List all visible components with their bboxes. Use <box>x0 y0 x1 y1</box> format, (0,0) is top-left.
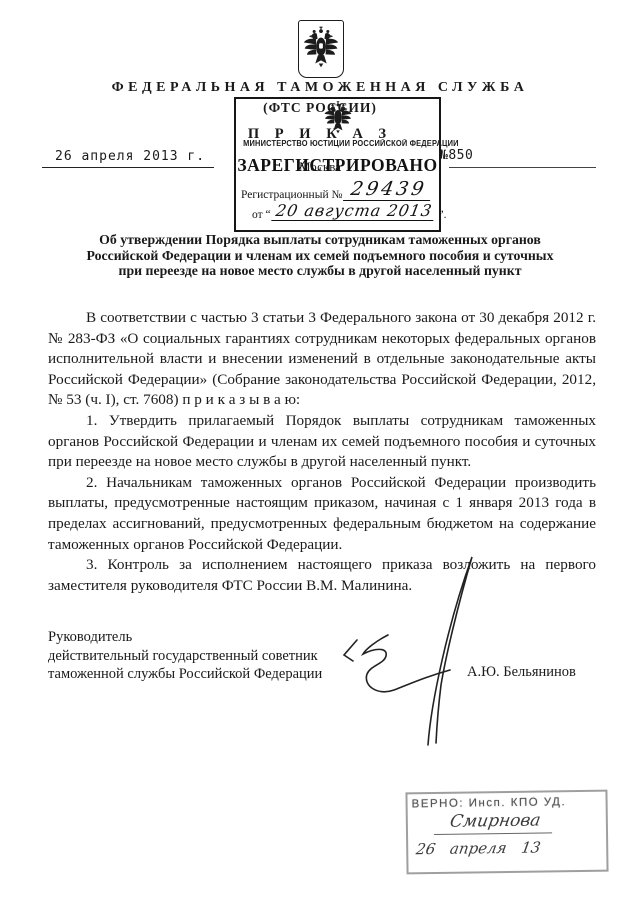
stamp-reg-number-handwritten: 29439 <box>343 178 435 201</box>
coat-of-arms-frame <box>298 20 344 78</box>
document-number: №850 <box>440 148 473 163</box>
order-body: В соответствии с частью 3 статьи 3 Федер… <box>48 308 596 596</box>
stamp-ministry-name: МИНИСТЕРСТВО ЮСТИЦИИ РОССИЙСКОЙ ФЕДЕРАЦИ… <box>243 139 432 148</box>
scanned-order-document: ФЕДЕРАЛЬНАЯ ТАМОЖЕННАЯ СЛУЖБА (ФТС РОССИ… <box>0 0 640 905</box>
verification-stamp-header: ВЕРНО: Инсп. КПО УД. <box>412 796 602 811</box>
verification-date-handwritten: 26 апреля 13 <box>415 839 542 859</box>
double-headed-eagle-icon <box>302 25 340 73</box>
order-title-line-3: при переезде на новое место службы в дру… <box>0 263 640 279</box>
stamp-registration-date-line: от “ 20 августа 2013 ”. <box>252 203 446 223</box>
signatory-position-line-3: таможенной службы Российской Федерации <box>48 665 322 684</box>
verification-stamp: ВЕРНО: Инсп. КПО УД. Смирнова 26 апреля … <box>405 790 608 875</box>
order-title-line-1: Об утверждении Порядка выплаты сотрудник… <box>0 232 640 248</box>
issue-date: 26 апреля 2013 г. <box>55 149 205 164</box>
order-item-1: 1. Утвердить прилагаемый Порядок выплаты… <box>48 411 596 473</box>
stamp-from-label: от “ <box>252 209 271 221</box>
stamp-eagle-icon <box>323 100 353 138</box>
stamp-reg-label: Регистрационный № <box>241 189 342 201</box>
issue-date-underline <box>42 167 214 168</box>
document-number-underline <box>449 167 596 168</box>
registration-stamp: МИНИСТЕРСТВО ЮСТИЦИИ РОССИЙСКОЙ ФЕДЕРАЦИ… <box>234 97 441 232</box>
verification-signature-handwritten: Смирнова <box>434 810 556 835</box>
stamp-reg-date-handwritten: 20 августа 2013 <box>272 201 438 221</box>
order-item-3: 3. Контроль за исполнением настоящего пр… <box>48 555 596 596</box>
stamp-date-suffix: ”. <box>439 209 447 221</box>
organization-name: ФЕДЕРАЛЬНАЯ ТАМОЖЕННАЯ СЛУЖБА <box>0 80 640 96</box>
order-item-2: 2. Начальникам таможенных органов Россий… <box>48 473 596 555</box>
signatory-position: Руководитель действительный государствен… <box>48 628 322 684</box>
order-title: Об утверждении Порядка выплаты сотрудник… <box>0 232 640 279</box>
handwritten-signature <box>330 543 500 758</box>
stamp-registered-label: ЗАРЕГИСТРИРОВАНО <box>236 155 439 176</box>
order-title-line-2: Российской Федерации и членам их семей п… <box>0 248 640 264</box>
preamble-paragraph: В соответствии с частью 3 статьи 3 Федер… <box>48 308 596 411</box>
signatory-position-line-2: действительный государственный советник <box>48 647 322 666</box>
signatory-position-line-1: Руководитель <box>48 628 322 647</box>
